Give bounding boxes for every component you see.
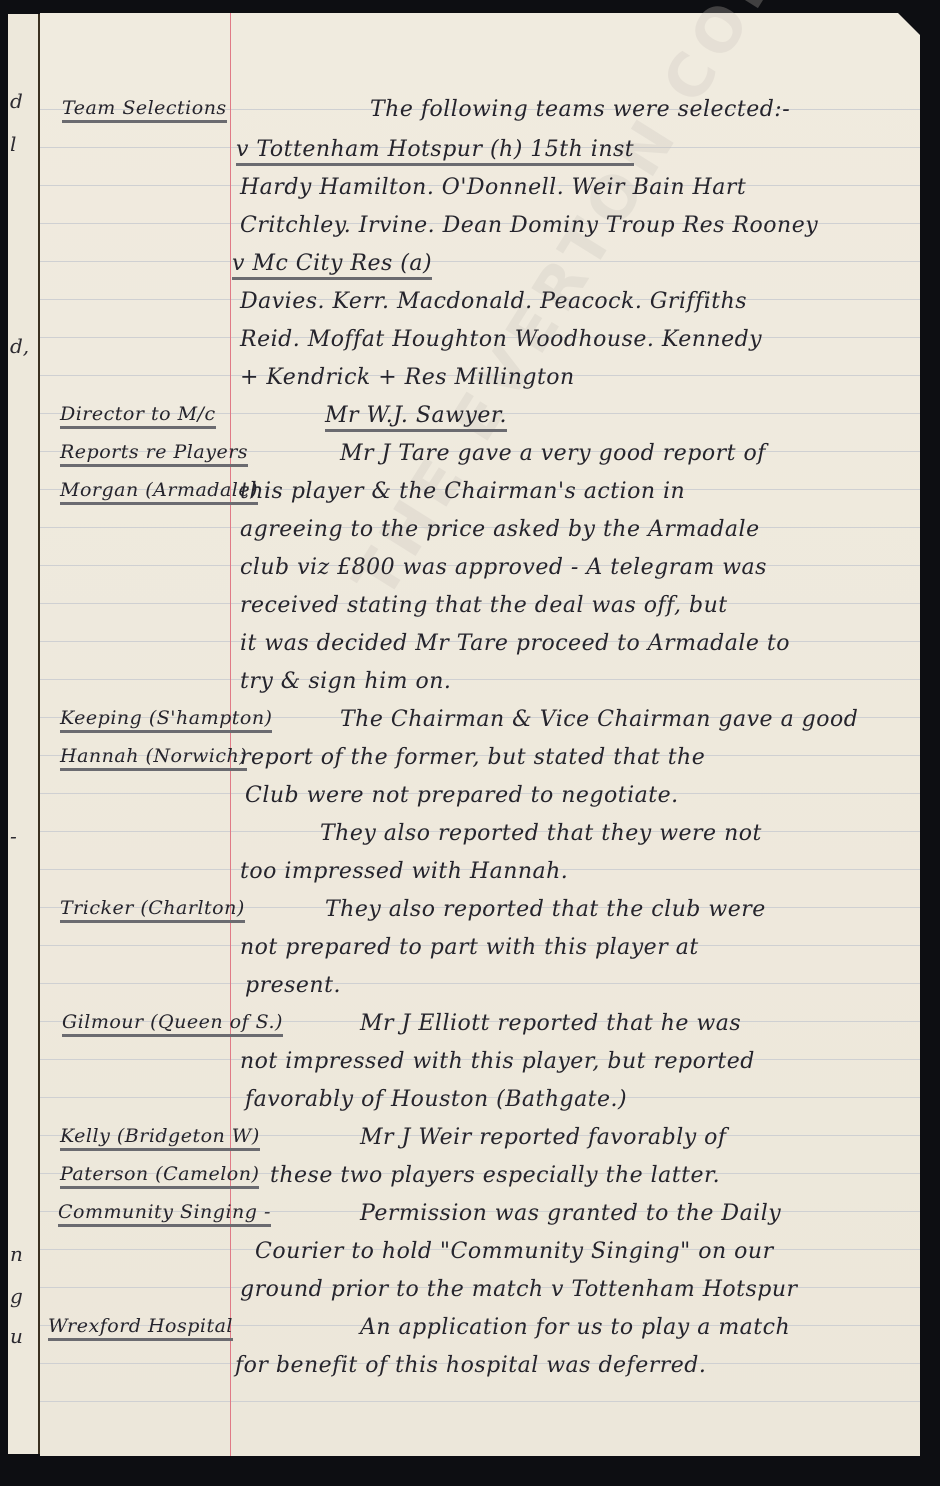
text-line: received stating that the deal was off, … (240, 593, 728, 618)
margin-heading-morgan: Morgan (Armadale) (60, 479, 258, 505)
text-line: Courier to hold "Community Singing" on o… (255, 1239, 774, 1264)
prev-page-fragment: n (10, 1242, 23, 1266)
text-line: agreeing to the price asked by the Armad… (240, 517, 760, 542)
text-line: Mr J Tare gave a very good report of (340, 441, 766, 466)
margin-heading-gilmour: Gilmour (Queen of S.) (62, 1011, 283, 1037)
prev-page-fragment: d, (10, 334, 29, 358)
text-line: An application for us to play a match (360, 1315, 790, 1340)
text-line: Mr W.J. Sawyer. (325, 403, 507, 432)
margin-heading-hospital: Wrexford Hospital (48, 1315, 233, 1341)
text-line: try & sign him on. (240, 669, 451, 694)
prev-page-fragment: g (10, 1284, 23, 1308)
text-line: Reid. Moffat Houghton Woodhouse. Kennedy (240, 327, 762, 352)
text-line: favorably of Houston (Bathgate.) (245, 1087, 627, 1112)
text-line: not impressed with this player, but repo… (240, 1049, 755, 1074)
previous-page-edge: d l d, - n g u (8, 14, 40, 1454)
text-line: Mr J Weir reported favorably of (360, 1125, 727, 1150)
text-line: Mr J Elliott reported that he was (360, 1011, 741, 1036)
text-line: + Kendrick + Res Millington (240, 365, 575, 390)
text-line: too impressed with Hannah. (240, 859, 568, 884)
text-line: Permission was granted to the Daily (360, 1201, 781, 1226)
margin-heading-keeping: Keeping (S'hampton) (60, 707, 272, 733)
page-corner (898, 13, 920, 35)
text-line: it was decided Mr Tare proceed to Armada… (240, 631, 790, 656)
text-line: not prepared to part with this player at (240, 935, 699, 960)
text-line: The Chairman & Vice Chairman gave a good (340, 707, 858, 732)
margin-heading-team-selections: Team Selections (62, 97, 227, 123)
text-line: The following teams were selected:- (370, 97, 790, 122)
text-line: for benefit of this hospital was deferre… (235, 1353, 706, 1378)
text-line: report of the former, but stated that th… (240, 745, 705, 770)
text-line: They also reported that they were not (320, 821, 762, 846)
prev-page-fragment: u (10, 1324, 23, 1348)
text-line: v Mc City Res (a) (232, 251, 432, 280)
margin-line (230, 13, 231, 1456)
text-line: these two players especially the latter. (270, 1163, 720, 1188)
text-line: club viz £800 was approved - A telegram … (240, 555, 767, 580)
text-line: present. (245, 973, 341, 998)
margin-heading-tricker: Tricker (Charlton) (60, 897, 245, 923)
margin-heading-director: Director to M/c (60, 403, 216, 429)
text-line: Hardy Hamilton. O'Donnell. Weir Bain Har… (240, 175, 746, 200)
margin-heading-community-singing: Community Singing - (58, 1201, 271, 1227)
margin-heading-paterson: Paterson (Camelon) (60, 1163, 259, 1189)
prev-page-fragment: - (10, 824, 17, 848)
margin-heading-reports: Reports re Players (60, 441, 248, 467)
text-line: Critchley. Irvine. Dean Dominy Troup Res… (240, 213, 818, 238)
minute-book-page: THE EVERTON COLLECTION CHARITABLE TRUST … (40, 13, 920, 1456)
prev-page-fragment: l (10, 132, 16, 156)
text-line: Davies. Kerr. Macdonald. Peacock. Griffi… (240, 289, 747, 314)
text-line: v Tottenham Hotspur (h) 15th inst (236, 137, 634, 166)
text-line: Club were not prepared to negotiate. (245, 783, 679, 808)
margin-heading-kelly: Kelly (Bridgeton W) (60, 1125, 260, 1151)
margin-heading-hannah: Hannah (Norwich) (60, 745, 247, 771)
text-line: this player & the Chairman's action in (240, 479, 685, 504)
text-line: They also reported that the club were (325, 897, 766, 922)
text-line: ground prior to the match v Tottenham Ho… (240, 1277, 798, 1302)
prev-page-fragment: d (10, 89, 23, 113)
